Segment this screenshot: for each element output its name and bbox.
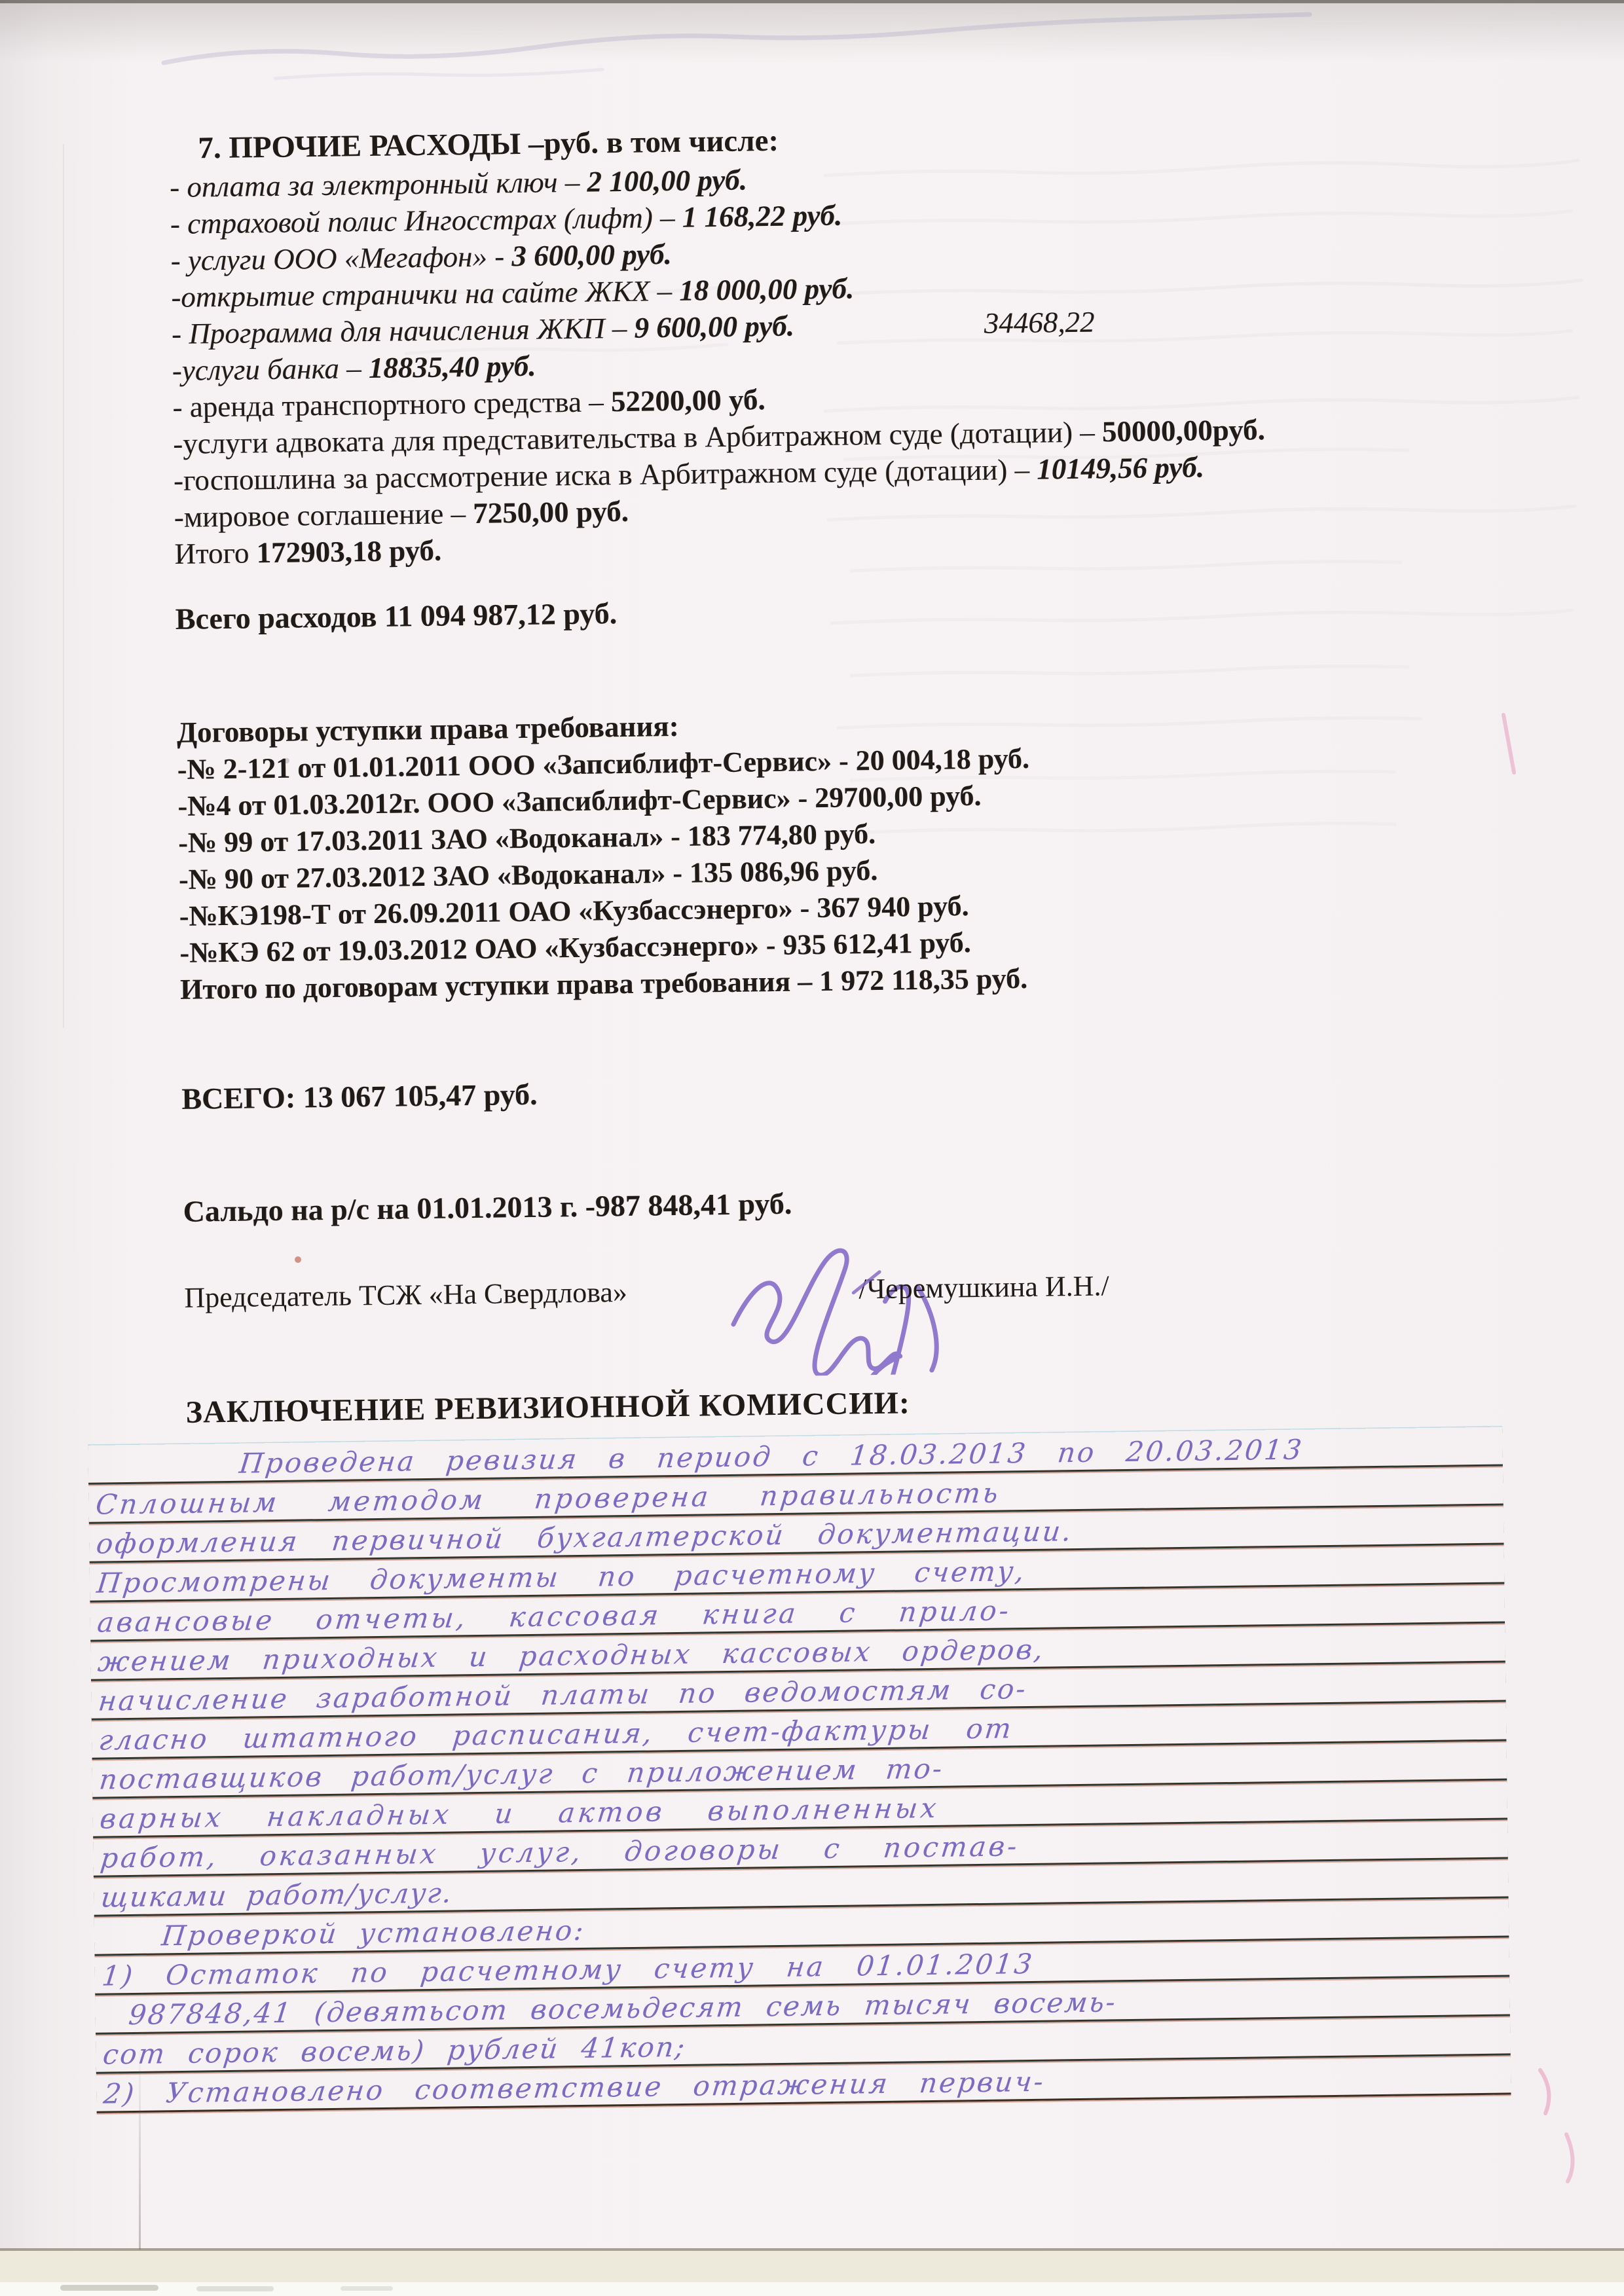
paper-crease — [139, 2043, 141, 2250]
smudge-mark — [60, 2285, 158, 2291]
expense-label: -открытие странички на сайте ЖКХ – — [171, 274, 680, 314]
chairman-signature-row: Председатель ТСЖ «На Свердлова» /Черемуш… — [184, 1262, 1514, 1317]
total-expenses-line: Всего расходов 11 094 987,12 руб. — [175, 583, 1505, 638]
scanned-document-page: { "colors": { "paper": "#f6f2f3", "typed… — [0, 0, 1624, 2296]
grand-total-line: ВСЕГО: 13 067 105,47 руб. — [181, 1063, 1511, 1118]
scanner-strip — [0, 2251, 1624, 2282]
smudge-mark — [196, 2286, 274, 2291]
expense-amount: 3 600,00 руб. — [511, 238, 672, 272]
expense-amount: 9 600,00 руб. — [634, 310, 794, 344]
expense-amount: 50000,00руб. — [1102, 413, 1265, 448]
expense-label: Итого — [174, 536, 257, 570]
expense-amount: 10149,56 руб. — [1037, 450, 1204, 485]
conclusion-heading: ЗАКЛЮЧЕНИЕ РЕВИЗИОННОЙ КОМИССИИ: — [185, 1376, 1515, 1432]
expense-amount: 172903,18 руб. — [256, 534, 441, 570]
expense-amount: 1 168,22 руб. — [682, 199, 842, 234]
handwritten-text: Проверкой установлено: — [160, 1914, 587, 1952]
expense-amount: 18 000,00 руб. — [679, 272, 854, 306]
expense-list: - оплата за электронный ключ – 2 100,00 … — [170, 151, 1504, 572]
expense-label: - аренда транспортного средства – — [172, 385, 611, 424]
chairman-position-label: Председатель ТСЖ «На Свердлова» — [184, 1276, 627, 1314]
handwritten-conclusion-block: Проведена ревизия в период с 18.03.2013 … — [88, 1427, 1511, 2113]
paper-crease — [63, 144, 64, 1028]
expense-label: - страховой полис Ингосстрах (лифт) – — [170, 201, 683, 240]
handwritten-text: сот сорок восемь) рублей 41коп; — [101, 2031, 688, 2071]
expense-label: - оплата за электронный ключ – — [170, 166, 587, 204]
smudge-mark — [341, 2286, 393, 2291]
document-content: 7. ПРОЧИЕ РАСХОДЫ –руб. в том числе: - о… — [169, 111, 1524, 2111]
saldo-line: Сальдо на р/с на 01.01.2013 г. -987 848,… — [183, 1175, 1513, 1231]
expense-amount: 18835,40 руб. — [369, 350, 536, 384]
cession-list: -№ 2-121 от 01.01.2011 ООО «Запсиблифт-С… — [177, 734, 1509, 1008]
expense-label: - услуги ООО «Мегафон» - — [170, 240, 511, 277]
handwritten-margin-note: 34468,22 — [984, 306, 1095, 340]
expense-label: - Программа для начисления ЖКП – — [172, 312, 635, 350]
chairman-name: /Черемушкина И.Н./ — [858, 1267, 1109, 1308]
expense-amount: 7250,00 руб. — [473, 495, 629, 530]
expense-label: -услуги банка – — [172, 352, 369, 387]
expense-label: -мировое соглашение – — [174, 497, 473, 534]
expense-amount: 2 100,00 руб. — [587, 163, 747, 198]
expense-amount: 52200,00 уб. — [611, 383, 766, 418]
handwritten-text: щиками работ/услуг. — [100, 1877, 454, 1914]
